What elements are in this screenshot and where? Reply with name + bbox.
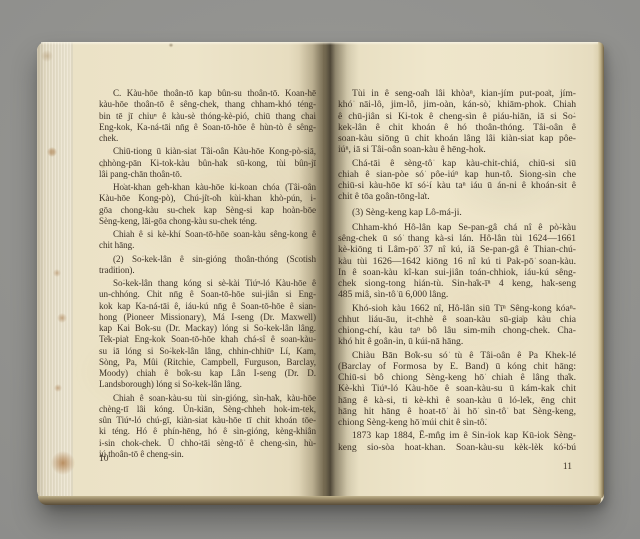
text-line: 1873 kap 1884, Ē-mn̂g im ê Sin-iok kap K… [338,430,576,441]
photo-background: C. Kàu-hōe thoân-tō kap bûn-su thoân-tō.… [0,0,640,539]
text-line: hāng ê kà-si, ti kè-khì ê soan-kàu ū ló-… [338,395,576,406]
text-line: khó hit ê goân-in, ū kúi-nā hāng. [338,336,576,347]
right-page-text: Tùi in ê seng-oa̍h lâi khòaⁿ, kian-jím p… [338,88,576,455]
text-line: Khó-sioh kàu 1662 nî, Hô-lân siū Tīⁿ Sên… [338,303,576,314]
text-line: chhut liáu-āu, it-chhè ê soan-kàu sū-gia… [338,314,576,325]
text-line: i-sin chok-chek. Ū chho͘-tāi sèng-tô͘ ê … [99,438,316,449]
left-page-number: 10 [99,454,109,464]
text-line: khó͘ nāi-lô, jim-lô, jim-oàn, kán-sò͘, k… [338,99,576,110]
text-line: Kàu-hōe Kong-pò), Chú-ji̍t-o̍h kùi-khan … [99,193,316,204]
paragraph: 1873 kap 1884, Ē-mn̂g im ê Sin-iok kap K… [338,430,576,453]
text-line: Te̍k-pia̍t Eng-kok Soan-tō-hōe khah chá-… [99,334,316,345]
open-book: C. Kàu-hōe thoân-tō kap bûn-su thoân-tō.… [37,42,604,505]
text-line: chek. [99,133,316,144]
text-line: gōa chong-kàu su-chek kap Sèng-si kap ho… [99,205,316,216]
text-line: (2) So͘-kek-lân ê sin-gióng thoân-thóng … [99,254,316,265]
text-line: un-chhóng. Chit nn̄g ê Soan-tō-hōe sui-j… [99,289,316,300]
text-line: (3) Sèng-keng kap Lô-má-ji. [338,207,576,218]
text-line: kàu-hōe thoân-tō ê sêng-chek, thang chha… [99,99,316,110]
paragraph: Chiah ê si kè-khí Soan-tō-hōe soan-kàu s… [99,229,316,252]
text-line: kap Kai Bo̍k-su (Dr. Mackay) lóng si So͘… [99,323,316,334]
text-line: C. Kàu-hōe thoân-tō kap bûn-su thoân-tō.… [99,88,316,99]
text-line: lâi pang-chān thoân-tō. [99,169,316,180]
paragraph: (2) So͘-kek-lân ê sin-gióng thoân-thóng … [99,254,316,277]
text-line: hong (Pioneer Missionary), Má I-seng (Dr… [99,312,316,323]
paragraph: Chiah ê soan-kàu-su tùi sìn-gióng, sìn-h… [99,393,316,461]
paragraph: Ho̍at-khan ge̍h-khan kàu-hōe ki-koan chó… [99,182,316,227]
paragraph: Chham-khó Hô-lân kap Se-pan-gâ chá nî ê … [338,222,576,301]
text-line: bin tē jī chiuⁿ ê kàu-sè thóng-kè-pió, c… [99,111,316,122]
left-page-text: C. Kàu-hōe thoân-tō kap bûn-su thoân-tō.… [99,88,316,462]
text-line: soan-kàu siōng ū chit khoán lâng lâi kià… [338,133,576,144]
text-line: chiah ê sian-pòe só͘ pôe-iúⁿ kap hun-tô.… [338,169,576,180]
text-line: Chham-khó Hô-lân kap Se-pan-gâ chá nî ê … [338,222,576,233]
text-line: kek-lân ê chit khoán ê hó thoân-thóng. T… [338,122,576,133]
text-line: Chiū-si bô chiong Sèng-keng hō͘ chiah ê … [338,372,576,383]
text-line: 485 miâ, sìn-tô͘ ū 6,000 lâng. [338,289,576,300]
paragraph: C. Kàu-hōe thoân-tō kap bûn-su thoân-tō.… [99,88,316,144]
text-line: kok kap Ka-ná-tāi ê, iáu-kú nn̄g ê Soan-… [99,301,316,312]
text-line: Tùi in ê seng-oa̍h lâi khòaⁿ, kian-jím p… [338,88,576,99]
text-line: chiū-si kàu-hōe kī só͘-í kàu taⁿ iáu ū á… [338,180,576,191]
text-line: iú thoân-tō ê cheng-sin. [99,449,316,460]
text-line: Chiah ê si kè-khí Soan-tō-hōe soan-kàu s… [99,229,316,240]
text-line: (Barclay of Formosa by E. Band) ū kóng c… [338,361,576,372]
text-line: Sèng-keng, lāi-gōa chong-kàu su-chek tén… [99,216,316,227]
text-line: chit hāng. [99,240,316,251]
text-line: sêng-chek ū só͘ thang kà-si lán. Hô-lân … [338,233,576,244]
text-line: Kè-khì Tiúⁿ-ló Kàu-hōe ê soan-kàu-su ū k… [338,383,576,394]
text-line: hāng hit hāng ê hoat-tō͘ ài hō͘ sìn-tô͘ … [338,406,576,417]
right-page-number: 11 [338,462,576,472]
text-line: chit ê tōa goân-tōng-la̍t. [338,191,576,202]
paragraph: Chá-tāi ê sèng-tô͘ kap kàu-chit-chiá, ch… [338,158,576,203]
section-heading: (3) Sèng-keng kap Lô-má-ji. [338,207,576,218]
text-line: kàu tùi 1626—1642 kiōng 16 nî kú ti Pak-… [338,256,576,267]
text-line: Chiah ê soan-kàu-su tùi sìn-gióng, sìn-h… [99,393,316,404]
text-line: chèng-tī lâi kóng. Ún-kiān, Sèng-chheh h… [99,404,316,415]
text-line: chiong-chí, kàu taⁿ bô lâu sim-mih chong… [338,325,576,336]
text-line: chiong Sèng-keng hō͘ múi chit ê sìn-tô͘. [338,417,576,428]
text-line: Chá-tāi ê sèng-tô͘ kap kàu-chit-chiá, ch… [338,158,576,169]
text-line: Eng-kok, Ka-ná-tāi nn̄g ê Soan-tō-hōe ê … [99,122,316,133]
text-line: chek siong-tong hián-tù. Sin-ha̍k-īⁿ 4 k… [338,278,576,289]
text-line: Chiàu Bān Bo̍k-su só͘ tù ê Tâi-oân ê Pa … [338,350,576,361]
right-page-edge [598,42,604,499]
text-line: kè-kiōng ti Lâm-pō͘ 37 nî kú, iā Se-pan-… [338,244,576,255]
text-line: In ê soan-kàu kî-kan sui-jiân toán-chhio… [338,267,576,278]
text-line: keng sio-sòa hoat-khan. Soan-kàu-su kèk-… [338,442,576,453]
text-line: Moody) chiah ê bo̍k-su kap Lân I-seng (D… [99,368,316,379]
text-line: ki téng. Hó ê phín-hēng, hó ê sìn-gióng,… [99,426,316,437]
text-line: Landsborough) lóng si So͘-kek-lân lâng. [99,379,316,390]
book-bottom-edge [38,496,601,505]
text-line: Chiū-tiong ū kiàn-siat Tâi-oân Kàu-hōe K… [99,146,316,157]
paragraph: So͘-kek-lân thang kóng si sè-kài Tiúⁿ-ló… [99,278,316,391]
paragraph: Chiū-tiong ū kiàn-siat Tâi-oân Kàu-hōe K… [99,146,316,180]
text-line: tradition). [99,265,316,276]
text-line: Ho̍at-khan ge̍h-khan kàu-hōe ki-koan chó… [99,182,316,193]
paragraph: Khó-sioh kàu 1662 nî, Hô-lân siū Tīⁿ Sên… [338,303,576,348]
paragraph: Chiàu Bān Bo̍k-su só͘ tù ê Tâi-oân ê Pa … [338,350,576,429]
text-line: So͘-kek-lân thang kóng si sè-kài Tiúⁿ-ló… [99,278,316,289]
text-line: chhòng-pān Ki-tok-kàu bûn-ha̍k sū-kong, … [99,158,316,169]
text-line: iúⁿ, iā si Tâi-oân soan-kàu ê hēng-hok. [338,144,576,155]
text-line: ê chū-jiân si Ki-tok ê cheng-sìn ê piáu-… [338,111,576,122]
paragraph: Tùi in ê seng-oa̍h lâi khòaⁿ, kian-jím p… [338,88,576,156]
text-line: su iā lóng si So͘-kek-lân lâng, chhin-ch… [99,346,316,357]
text-line: Sòng, Pa, Mûi (Ritchie, Campbell, Furgus… [99,357,316,368]
left-page-fore-edge [37,42,73,505]
text-line: sûn Tiúⁿ-ló chú-gī, kiàn-siat kàu-hōe tī… [99,415,316,426]
